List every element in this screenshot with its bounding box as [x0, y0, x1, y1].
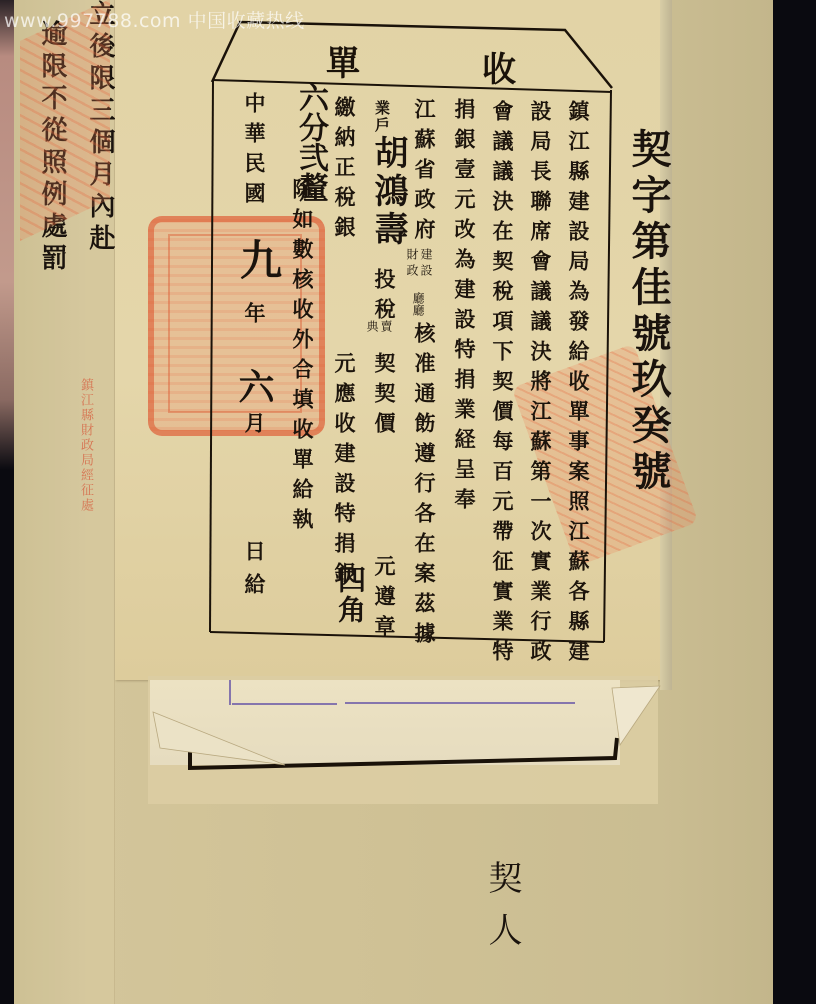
- contract-person-label: 契人: [478, 860, 527, 964]
- site-watermark: www.997788.com 中国收藏热线: [4, 6, 305, 33]
- overlay-frame: [0, 0, 816, 1004]
